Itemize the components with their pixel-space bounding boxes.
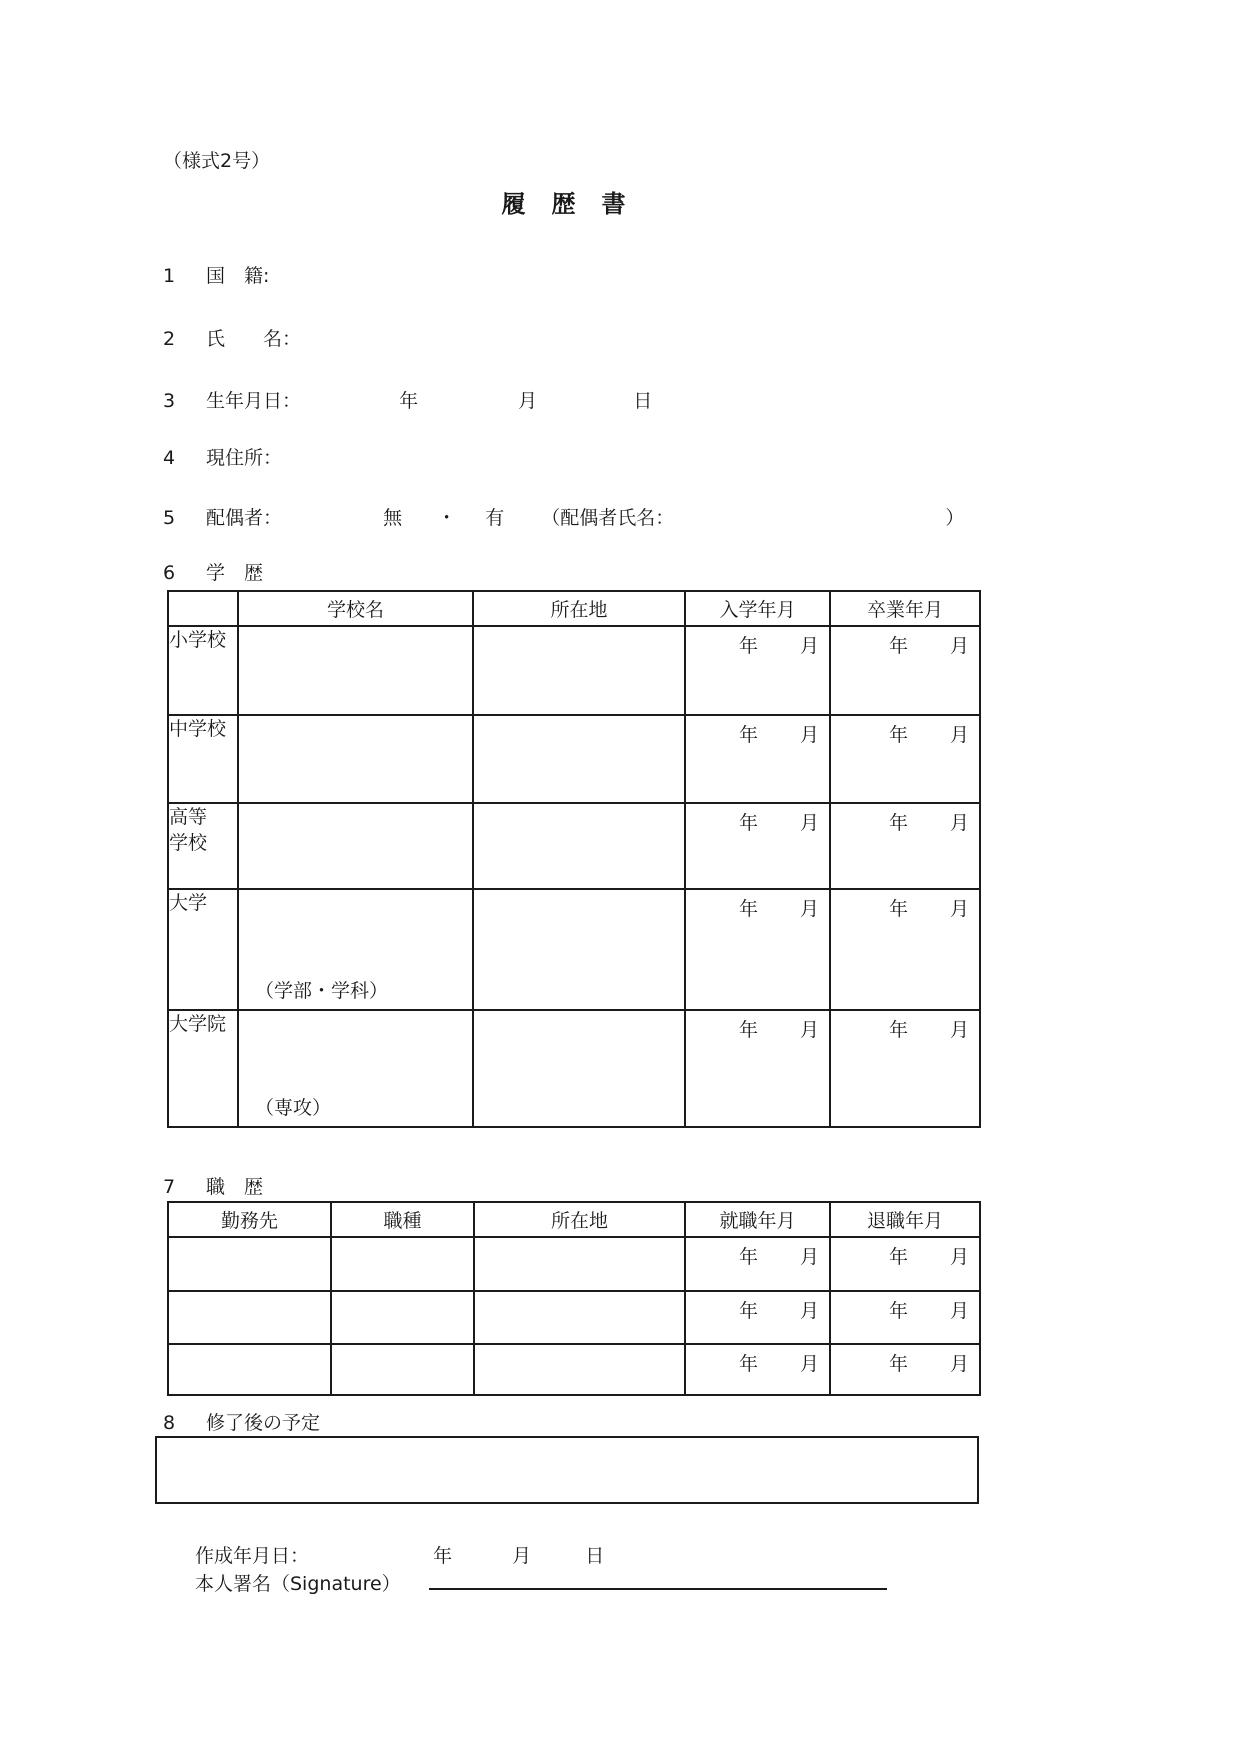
education-school-cell bbox=[238, 626, 473, 715]
work-employer-cell bbox=[168, 1237, 331, 1291]
education-graduation-cell: 年 月 bbox=[830, 715, 980, 803]
month-unit: 月 bbox=[800, 808, 819, 835]
work-header-employer: 勤務先 bbox=[168, 1202, 331, 1237]
education-row-label: 中学校 bbox=[168, 715, 238, 803]
section-work-number: 7 bbox=[163, 1176, 200, 1198]
month-unit: 月 bbox=[800, 894, 819, 921]
field-nationality: 1 国 籍: bbox=[163, 261, 269, 288]
year-unit: 年 bbox=[889, 1015, 908, 1042]
spouse-option-yes: 有 bbox=[485, 507, 504, 529]
field-name-number: 2 bbox=[163, 328, 200, 350]
work-location-cell bbox=[474, 1344, 685, 1395]
education-location-cell bbox=[473, 803, 685, 889]
spouse-name-label: （配偶者氏名： bbox=[541, 507, 674, 529]
month-unit: 月 bbox=[950, 1242, 969, 1269]
creation-date-label: 作成年月日： bbox=[195, 1545, 309, 1567]
birth-day-unit: 日 bbox=[633, 390, 652, 412]
education-school-cell: （専攻） bbox=[238, 1010, 473, 1127]
work-header-location: 所在地 bbox=[474, 1202, 685, 1237]
year-unit: 年 bbox=[739, 1015, 758, 1042]
month-unit: 月 bbox=[950, 1015, 969, 1042]
education-header-graduation: 卒業年月 bbox=[830, 591, 980, 626]
education-graduation-cell: 年 月 bbox=[830, 1010, 980, 1127]
creation-year-unit: 年 bbox=[433, 1545, 452, 1567]
education-header-location: 所在地 bbox=[473, 591, 685, 626]
work-start-cell: 年 月 bbox=[685, 1237, 830, 1291]
education-header-admission: 入学年月 bbox=[685, 591, 830, 626]
year-unit: 年 bbox=[889, 631, 908, 658]
section-plans-label: 修了後の予定 bbox=[206, 1412, 320, 1434]
month-unit: 月 bbox=[800, 1296, 819, 1323]
education-school-note: （専攻） bbox=[255, 1093, 331, 1120]
work-start-cell: 年 月 bbox=[685, 1344, 830, 1395]
year-unit: 年 bbox=[739, 1296, 758, 1323]
birth-month-unit: 月 bbox=[518, 390, 537, 412]
month-unit: 月 bbox=[800, 1242, 819, 1269]
work-start-cell: 年 月 bbox=[685, 1291, 830, 1344]
education-school-note: （学部・学科） bbox=[255, 976, 388, 1003]
month-unit: 月 bbox=[950, 720, 969, 747]
work-header-start: 就職年月 bbox=[685, 1202, 830, 1237]
work-row: 年 月 年 月 bbox=[168, 1344, 980, 1395]
section-plans-heading: 8 修了後の予定 bbox=[163, 1408, 320, 1435]
month-unit: 月 bbox=[800, 1015, 819, 1042]
month-unit: 月 bbox=[950, 808, 969, 835]
year-unit: 年 bbox=[889, 1242, 908, 1269]
year-unit: 年 bbox=[889, 894, 908, 921]
month-unit: 月 bbox=[800, 1349, 819, 1376]
education-header-school: 学校名 bbox=[238, 591, 473, 626]
section-work-label: 職 歴 bbox=[206, 1176, 263, 1198]
signature-row: 本人署名（Signature） bbox=[195, 1568, 887, 1596]
education-row-label: 高等 学校 bbox=[168, 803, 238, 889]
month-unit: 月 bbox=[800, 631, 819, 658]
education-school-cell bbox=[238, 715, 473, 803]
education-location-cell bbox=[473, 715, 685, 803]
education-location-cell bbox=[473, 626, 685, 715]
education-row-junior-high: 中学校 年 月 年 月 bbox=[168, 715, 980, 803]
education-row-graduate-school: 大学院 （専攻） 年 月 年 月 bbox=[168, 1010, 980, 1127]
year-unit: 年 bbox=[739, 720, 758, 747]
work-job-type-cell bbox=[331, 1344, 474, 1395]
field-nationality-number: 1 bbox=[163, 265, 200, 287]
education-school-cell bbox=[238, 803, 473, 889]
education-admission-cell: 年 月 bbox=[685, 889, 830, 1010]
work-job-type-cell bbox=[331, 1237, 474, 1291]
field-spouse-number: 5 bbox=[163, 507, 200, 529]
work-employer-cell bbox=[168, 1291, 331, 1344]
education-admission-cell: 年 月 bbox=[685, 1010, 830, 1127]
education-row-label: 大学 bbox=[168, 889, 238, 1010]
work-row: 年 月 年 月 bbox=[168, 1237, 980, 1291]
month-unit: 月 bbox=[800, 720, 819, 747]
education-row-label: 大学院 bbox=[168, 1010, 238, 1127]
year-unit: 年 bbox=[739, 1242, 758, 1269]
year-unit: 年 bbox=[889, 1349, 908, 1376]
field-address: 4 現住所： bbox=[163, 443, 282, 470]
month-unit: 月 bbox=[950, 1296, 969, 1323]
education-row-label: 小学校 bbox=[168, 626, 238, 715]
field-name-label: 氏 名： bbox=[206, 328, 301, 350]
work-location-cell bbox=[474, 1291, 685, 1344]
field-nationality-label: 国 籍: bbox=[206, 265, 269, 287]
resume-form-page: （様式2号） 履 歴 書 1 国 籍: 2 氏 名： 3 生年月日： 年 月 日… bbox=[0, 0, 1241, 1754]
month-unit: 月 bbox=[950, 894, 969, 921]
work-end-cell: 年 月 bbox=[830, 1291, 980, 1344]
field-name: 2 氏 名： bbox=[163, 324, 301, 351]
work-location-cell bbox=[474, 1237, 685, 1291]
work-row: 年 月 年 月 bbox=[168, 1291, 980, 1344]
work-job-type-cell bbox=[331, 1291, 474, 1344]
creation-month-unit: 月 bbox=[512, 1545, 531, 1567]
work-table: 勤務先 職種 所在地 就職年月 退職年月 年 月 年 月 bbox=[167, 1201, 981, 1396]
year-unit: 年 bbox=[739, 1349, 758, 1376]
creation-date-line: 作成年月日： 年 月 日 bbox=[195, 1541, 604, 1568]
section-work-heading: 7 職 歴 bbox=[163, 1172, 263, 1199]
education-admission-cell: 年 月 bbox=[685, 715, 830, 803]
work-end-cell: 年 月 bbox=[830, 1237, 980, 1291]
month-unit: 月 bbox=[950, 1349, 969, 1376]
field-birthdate-number: 3 bbox=[163, 390, 200, 412]
field-spouse-label: 配偶者： bbox=[206, 507, 282, 529]
education-admission-cell: 年 月 bbox=[685, 626, 830, 715]
plans-entry-box bbox=[155, 1436, 979, 1504]
spouse-option-separator: ・ bbox=[437, 507, 456, 529]
education-location-cell bbox=[473, 1010, 685, 1127]
year-unit: 年 bbox=[889, 808, 908, 835]
section-plans-number: 8 bbox=[163, 1412, 200, 1434]
education-row-university: 大学 （学部・学科） 年 月 年 月 bbox=[168, 889, 980, 1010]
work-end-cell: 年 月 bbox=[830, 1344, 980, 1395]
education-table: 学校名 所在地 入学年月 卒業年月 小学校 年 月 年 月 中学校 bbox=[167, 590, 981, 1128]
field-birthdate-label: 生年月日： bbox=[206, 390, 301, 412]
education-row-high-school: 高等 学校 年 月 年 月 bbox=[168, 803, 980, 889]
field-address-number: 4 bbox=[163, 447, 200, 469]
year-unit: 年 bbox=[889, 1296, 908, 1323]
page-title: 履 歴 書 bbox=[148, 184, 980, 219]
year-unit: 年 bbox=[739, 631, 758, 658]
signature-label: 本人署名（Signature） bbox=[195, 1573, 401, 1595]
education-graduation-cell: 年 月 bbox=[830, 803, 980, 889]
spouse-name-paren-close: ） bbox=[945, 507, 964, 529]
spouse-option-none: 無 bbox=[383, 507, 402, 529]
year-unit: 年 bbox=[739, 894, 758, 921]
work-employer-cell bbox=[168, 1344, 331, 1395]
section-education-number: 6 bbox=[163, 562, 200, 584]
education-header-row: 学校名 所在地 入学年月 卒業年月 bbox=[168, 591, 980, 626]
field-address-label: 現住所： bbox=[206, 447, 282, 469]
work-header-end: 退職年月 bbox=[830, 1202, 980, 1237]
creation-day-unit: 日 bbox=[585, 1545, 604, 1567]
year-unit: 年 bbox=[739, 808, 758, 835]
month-unit: 月 bbox=[950, 631, 969, 658]
work-header-row: 勤務先 職種 所在地 就職年月 退職年月 bbox=[168, 1202, 980, 1237]
education-graduation-cell: 年 月 bbox=[830, 889, 980, 1010]
field-birthdate: 3 生年月日： 年 月 日 bbox=[163, 386, 652, 413]
birth-year-unit: 年 bbox=[399, 390, 418, 412]
section-education-heading: 6 学 歴 bbox=[163, 558, 263, 585]
work-header-job-type: 職種 bbox=[331, 1202, 474, 1237]
field-spouse: 5 配偶者： 無 ・ 有 （配偶者氏名： ） bbox=[163, 503, 964, 530]
education-header-blank bbox=[168, 591, 238, 626]
section-education-label: 学 歴 bbox=[206, 562, 263, 584]
year-unit: 年 bbox=[889, 720, 908, 747]
education-row-elementary: 小学校 年 月 年 月 bbox=[168, 626, 980, 715]
form-number: （様式2号） bbox=[163, 146, 270, 173]
education-school-cell: （学部・学科） bbox=[238, 889, 473, 1010]
education-graduation-cell: 年 月 bbox=[830, 626, 980, 715]
education-location-cell bbox=[473, 889, 685, 1010]
title-wrap: 履 歴 書 bbox=[148, 184, 980, 219]
education-admission-cell: 年 月 bbox=[685, 803, 830, 889]
signature-line bbox=[429, 1568, 887, 1590]
